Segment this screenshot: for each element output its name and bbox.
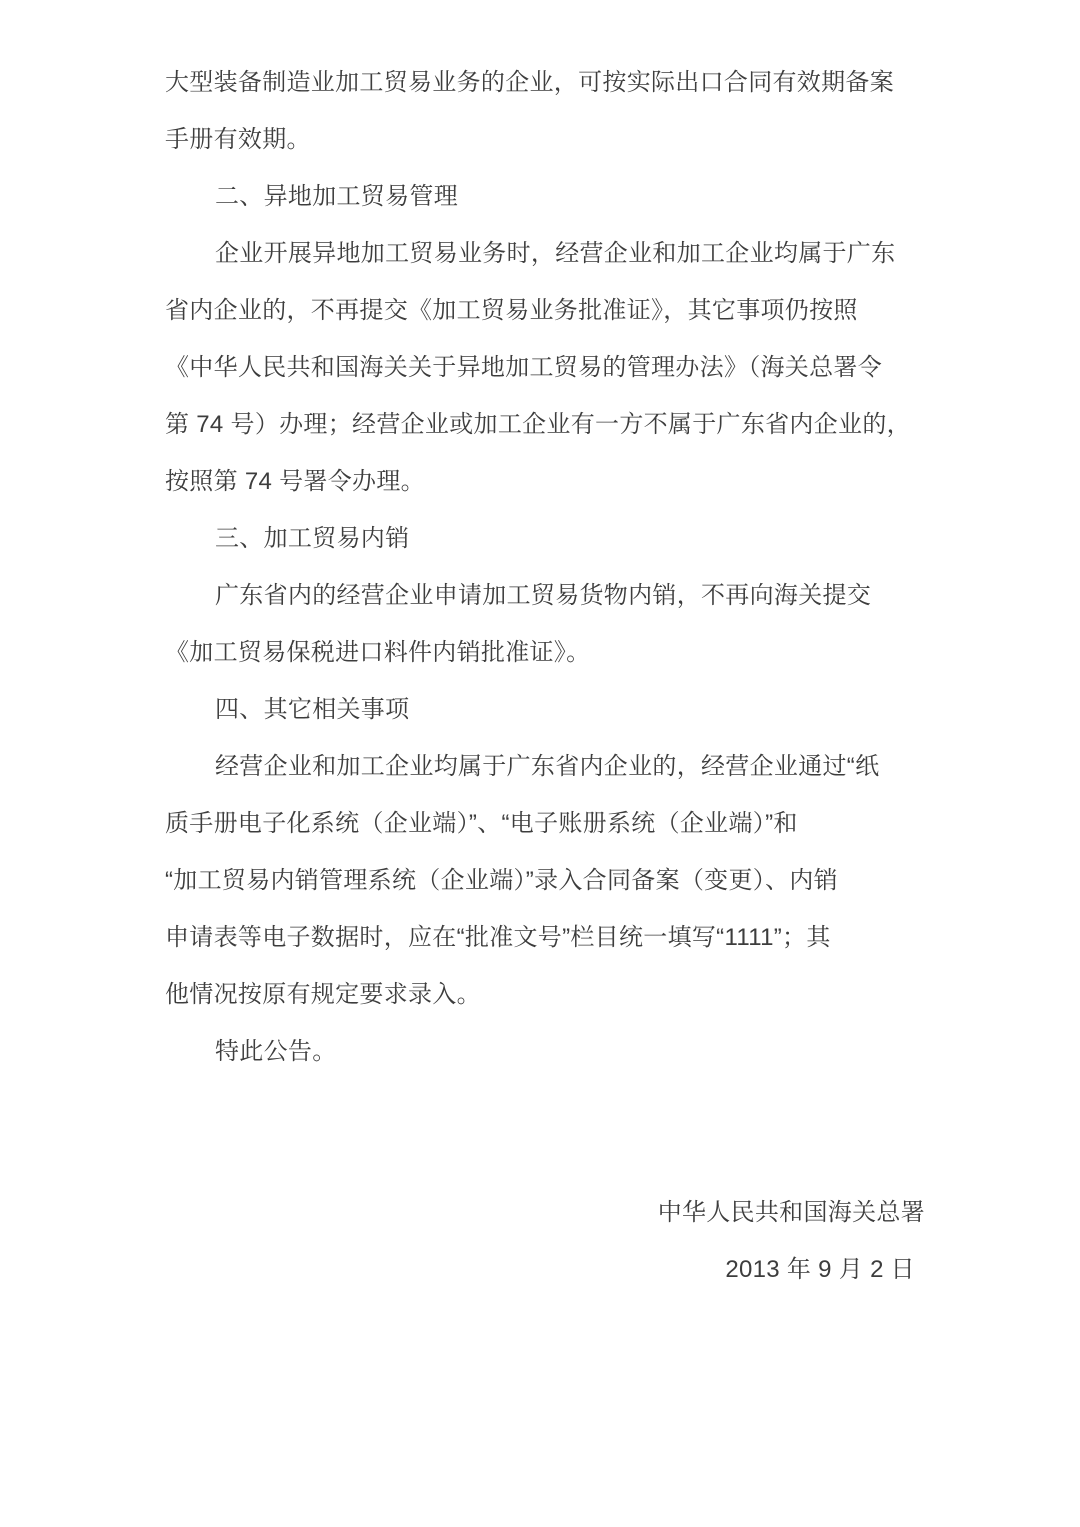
document-page: 大型装备制造业加工贸易业务的企业，可按实际出口合同有效期备案手册有效期。二、异地… — [0, 0, 1080, 1527]
document-line: 三、加工贸易内销 — [165, 510, 925, 567]
document-line: 第 74 号）办理；经营企业或加工企业有一方不属于广东省内企业的， — [165, 396, 925, 453]
document-line: 按照第 74 号署令办理。 — [165, 453, 925, 510]
document-line: 质手册电子化系统（企业端）”、“电子账册系统（企业端）”和 — [165, 795, 925, 852]
document-line: 四、其它相关事项 — [165, 681, 925, 738]
document-content: 大型装备制造业加工贸易业务的企业，可按实际出口合同有效期备案手册有效期。二、异地… — [0, 0, 1080, 1298]
document-line: 他情况按原有规定要求录入。 — [165, 966, 925, 1023]
document-line: 申请表等电子数据时，应在“批准文号”栏目统一填写“1111”；其 — [165, 909, 925, 966]
document-line: 大型装备制造业加工贸易业务的企业，可按实际出口合同有效期备案 — [165, 54, 925, 111]
signature-issuer: 中华人民共和国海关总署 — [165, 1184, 925, 1241]
document-body: 大型装备制造业加工贸易业务的企业，可按实际出口合同有效期备案手册有效期。二、异地… — [165, 54, 925, 1080]
document-line: 二、异地加工贸易管理 — [165, 168, 925, 225]
document-line: 广东省内的经营企业申请加工贸易货物内销，不再向海关提交 — [165, 567, 925, 624]
document-line: 手册有效期。 — [165, 111, 925, 168]
document-line: “加工贸易内销管理系统（企业端）”录入合同备案（变更）、内销 — [165, 852, 925, 909]
signature-block: 中华人民共和国海关总署 2013 年 9 月 2 日 — [165, 1184, 925, 1298]
document-line: 企业开展异地加工贸易业务时，经营企业和加工企业均属于广东 — [165, 225, 925, 282]
signature-date: 2013 年 9 月 2 日 — [165, 1241, 925, 1298]
document-line: 省内企业的，不再提交《加工贸易业务批准证》，其它事项仍按照 — [165, 282, 925, 339]
document-line: 《中华人民共和国海关关于异地加工贸易的管理办法》（海关总署令 — [165, 339, 925, 396]
document-line: 特此公告。 — [165, 1023, 925, 1080]
document-line: 经营企业和加工企业均属于广东省内企业的，经营企业通过“纸 — [165, 738, 925, 795]
document-line: 《加工贸易保税进口料件内销批准证》。 — [165, 624, 925, 681]
